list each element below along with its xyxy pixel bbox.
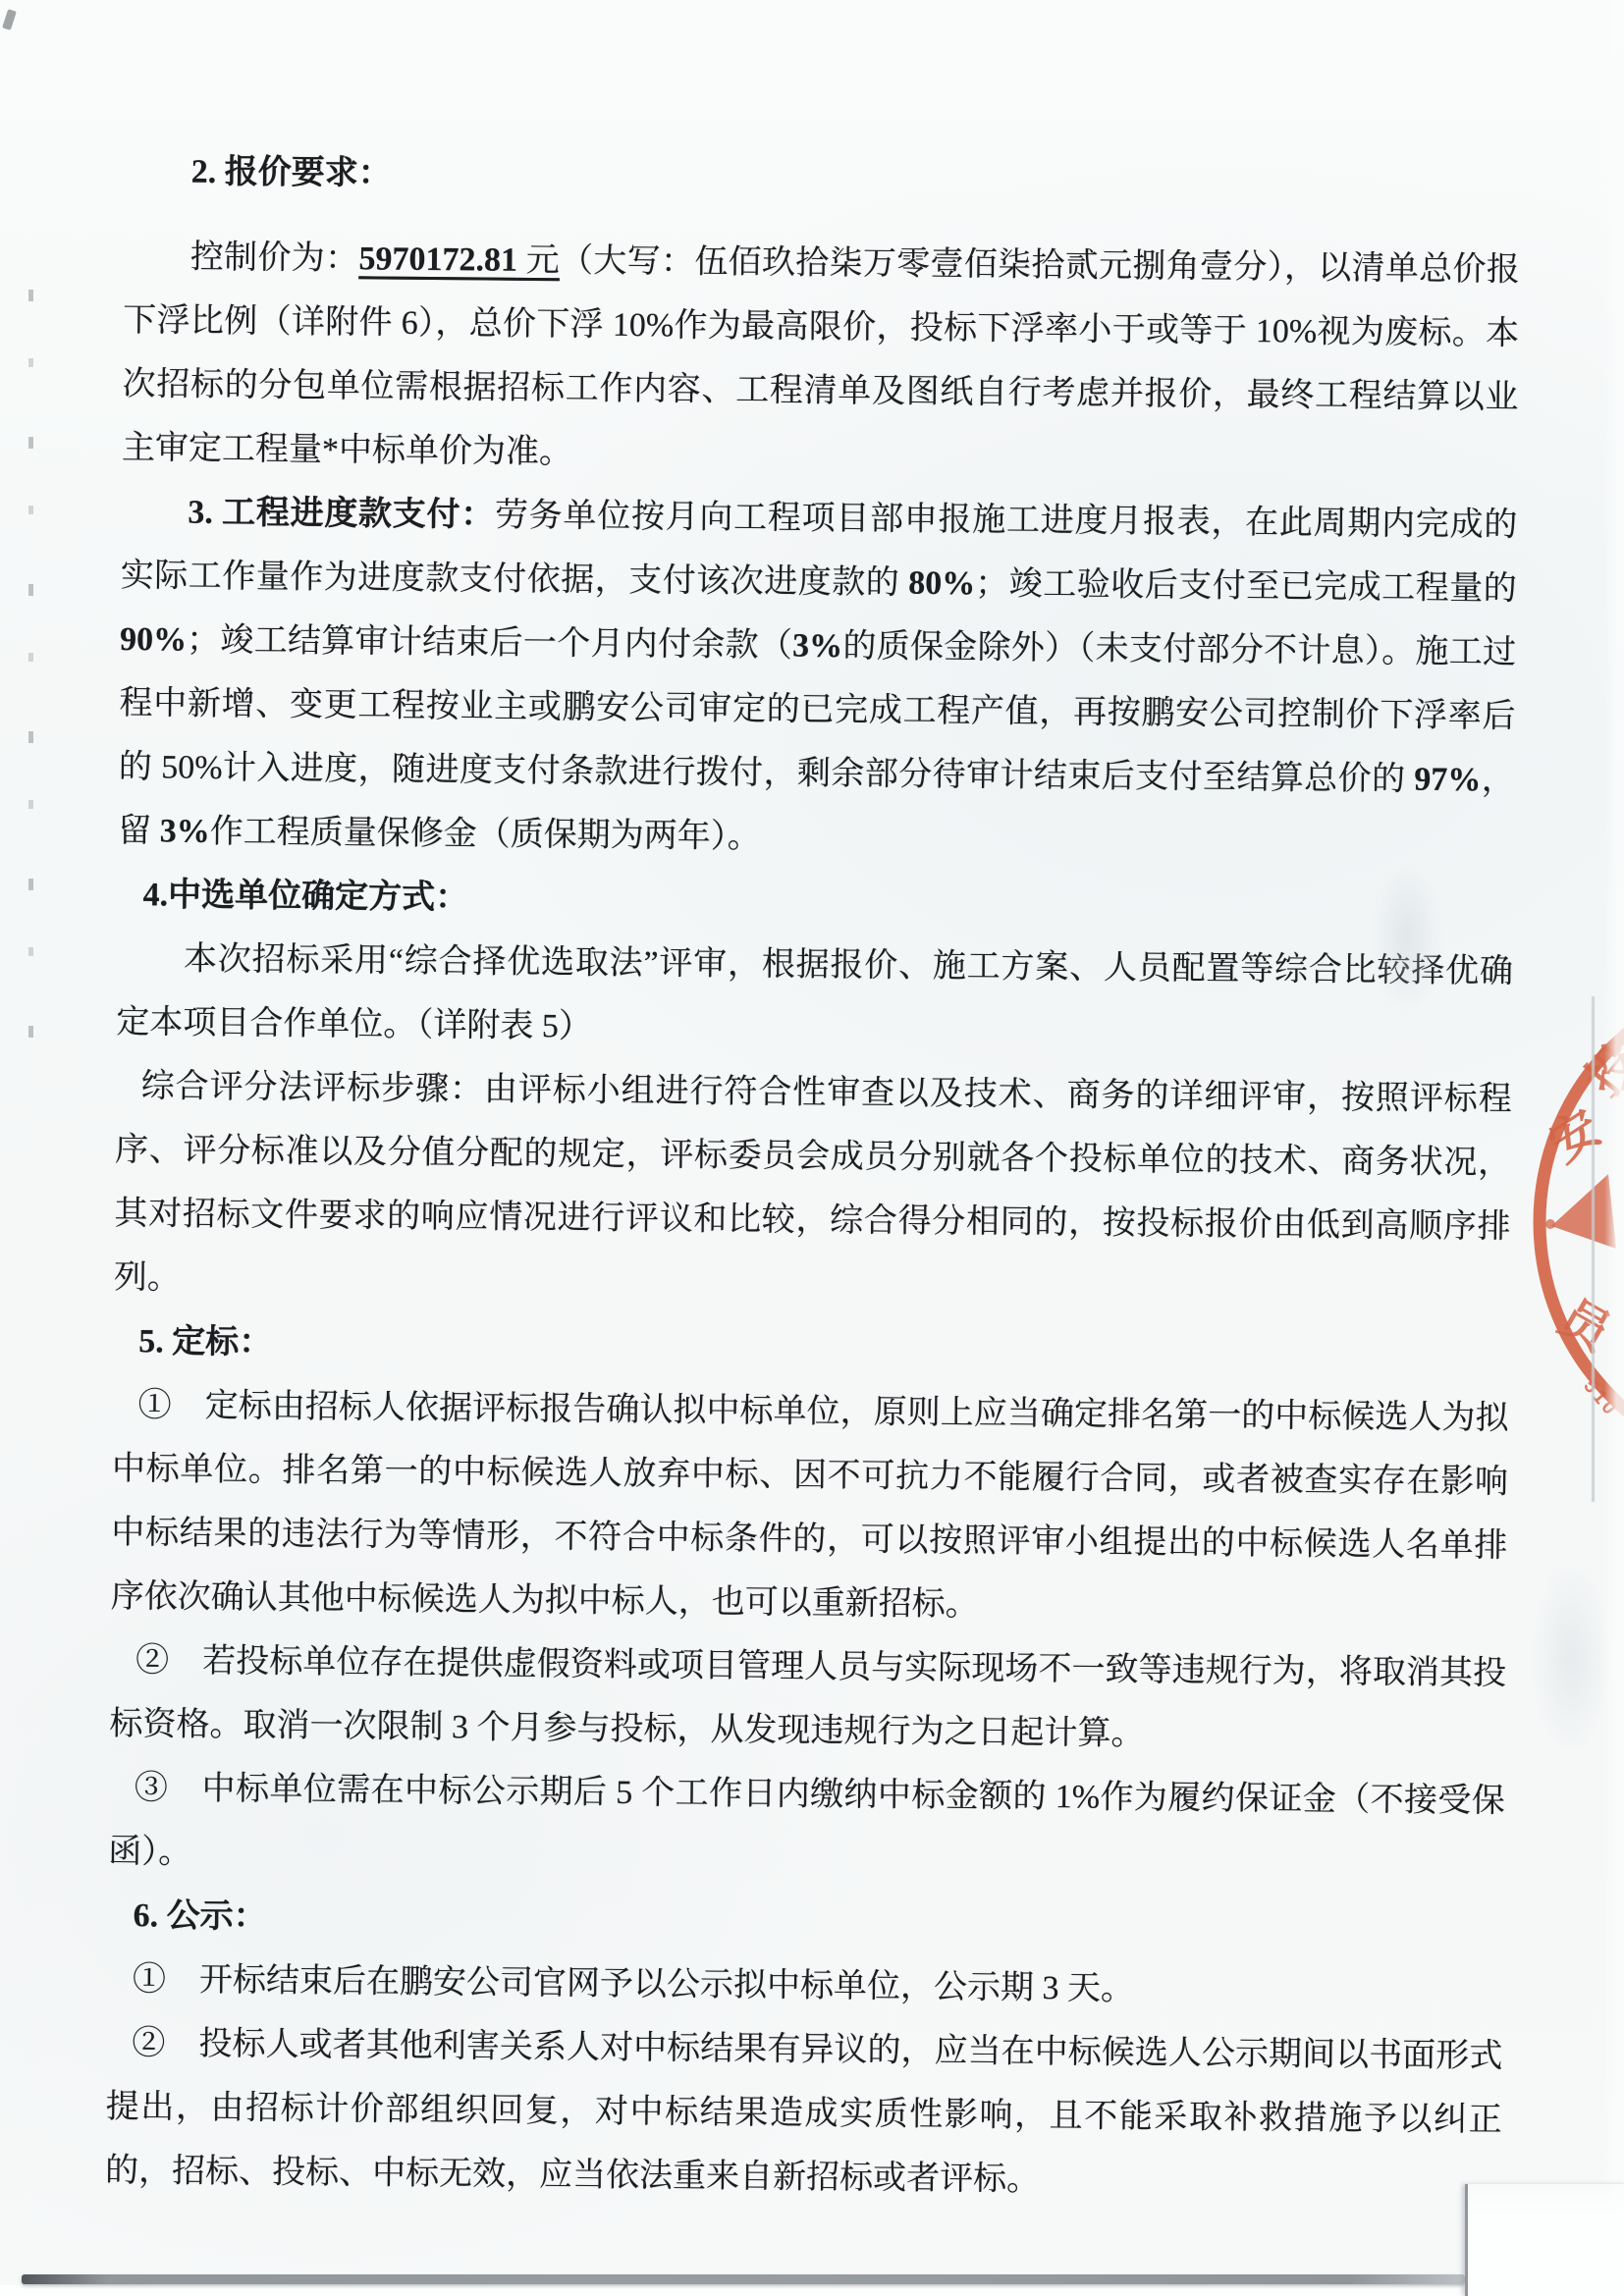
text-run: 3% (792, 628, 842, 665)
text-run: 2. 报价要求： (191, 154, 392, 192)
text-run: ② 投标人或者其他利害关系人对中标结果有异议的，应当在中标候选人公示期间以书面形… (105, 2025, 1503, 2198)
paragraph: ③ 中标单位需在中标公示期后 5 个工作日内缴纳中标金额的 1%作为履约保证金（… (108, 1756, 1505, 1897)
text-run: ② 若投标单位存在提供虚假资料或项目管理人员与实际现场不一致等违规行为，将取消其… (109, 1642, 1506, 1752)
paragraph: ② 若投标单位存在提供虚假资料或项目管理人员与实际现场不一致等违规行为，将取消其… (109, 1629, 1506, 1770)
scanned-document-page: 2. 报价要求：控制价为：5970172.81 元（大写：伍佰玖拾柒万零壹佰柒拾… (0, 0, 1624, 2296)
text-run: 作工程质量保修金（质保期为两年）。 (210, 814, 761, 855)
left-binding-crease (28, 290, 33, 1085)
official-seal-stamp: 投 安 员 510 (1473, 982, 1624, 1453)
text-run: 控制价为： (190, 240, 359, 278)
text-run: ；竣工验收后支付至已完成工程量的 (975, 565, 1517, 607)
text-run: ① 定标由招标人依据评标报告确认拟中标单位，原则上应当确定排名第一的中标候选人为… (111, 1387, 1509, 1623)
scan-speck (2, 9, 17, 30)
text-run: ③ 中标单位需在中标公示期后 5 个工作日内缴纳中标金额的 1%作为履约保证金（… (108, 1770, 1505, 1871)
paper-wrinkle (1532, 1561, 1610, 1757)
paragraph: 本次招标采用“综合择优选取法”评审，根据报价、施工方案、人员配置等综合比较择优确… (116, 927, 1513, 1068)
section-heading: 2. 报价要求： (124, 139, 1521, 217)
text-run: ；竣工结算审计结束后一个月内付余款（ (187, 622, 792, 665)
seal-star-fragment-icon (1551, 1174, 1616, 1249)
text-run: 5970172.81 (358, 240, 517, 279)
text-run: 3% (160, 813, 210, 849)
paragraph: ② 投标人或者其他利害关系人对中标结果有异议的，应当在中标候选人公示期间以书面形… (105, 2011, 1503, 2216)
paragraph: 综合评分法评标步骤：由评标小组进行符合性审查以及技术、商务的详细评审，按照评标程… (114, 1054, 1512, 1323)
seal-char-icon: 员 (1550, 1289, 1624, 1362)
text-run: （大写：伍佰玖拾柒万零壹佰柒拾贰元捌角壹分），以清单总价报下浮比例（详附件 6）… (122, 242, 1520, 470)
text-run: 综合评分法评标步骤：由评标小组进行符合性审查以及技术、商务的详细评审，按照评标程… (114, 1068, 1512, 1296)
document-body: 2. 报价要求：控制价为：5970172.81 元（大写：伍佰玖拾柒万零壹佰柒拾… (105, 139, 1521, 2216)
text-run: 5. 定标： (138, 1323, 272, 1361)
text-run: 本次招标采用“综合择优选取法”评审，根据报价、施工方案、人员配置等综合比较择优确… (116, 941, 1513, 1045)
text-run: 元 (517, 242, 560, 279)
seal-char-icon: 投 (1576, 1034, 1624, 1106)
seal-digits: 510 (1579, 1375, 1622, 1421)
text-run: ① 开标结束后在鹏安公司官网予以公示拟中标单位，公示期 3 天。 (133, 1961, 1134, 2007)
text-run: 6. 公示： (133, 1897, 266, 1935)
paragraph: 3. 工程进度款支付：劳务单位按月向工程项目部申报施工进度月报表，在此周期内完成… (118, 480, 1518, 877)
text-run: 90% (120, 621, 187, 659)
paragraph: 控制价为：5970172.81 元（大写：伍佰玖拾柒万零壹佰柒拾贰元捌角壹分），… (122, 225, 1520, 494)
text-run: 80% (908, 565, 975, 603)
text-run: 3. 工程进度款支付： (188, 495, 495, 534)
scan-bottom-margin (0, 2285, 1624, 2296)
page-bottom-edge-shadow (22, 2274, 1465, 2284)
paragraph: ① 定标由招标人依据评标报告确认拟中标单位，原则上应当确定排名第一的中标候选人为… (110, 1373, 1508, 1642)
text-run: 4.中选单位确定方式： (142, 877, 468, 916)
text-run: 97% (1414, 762, 1481, 799)
